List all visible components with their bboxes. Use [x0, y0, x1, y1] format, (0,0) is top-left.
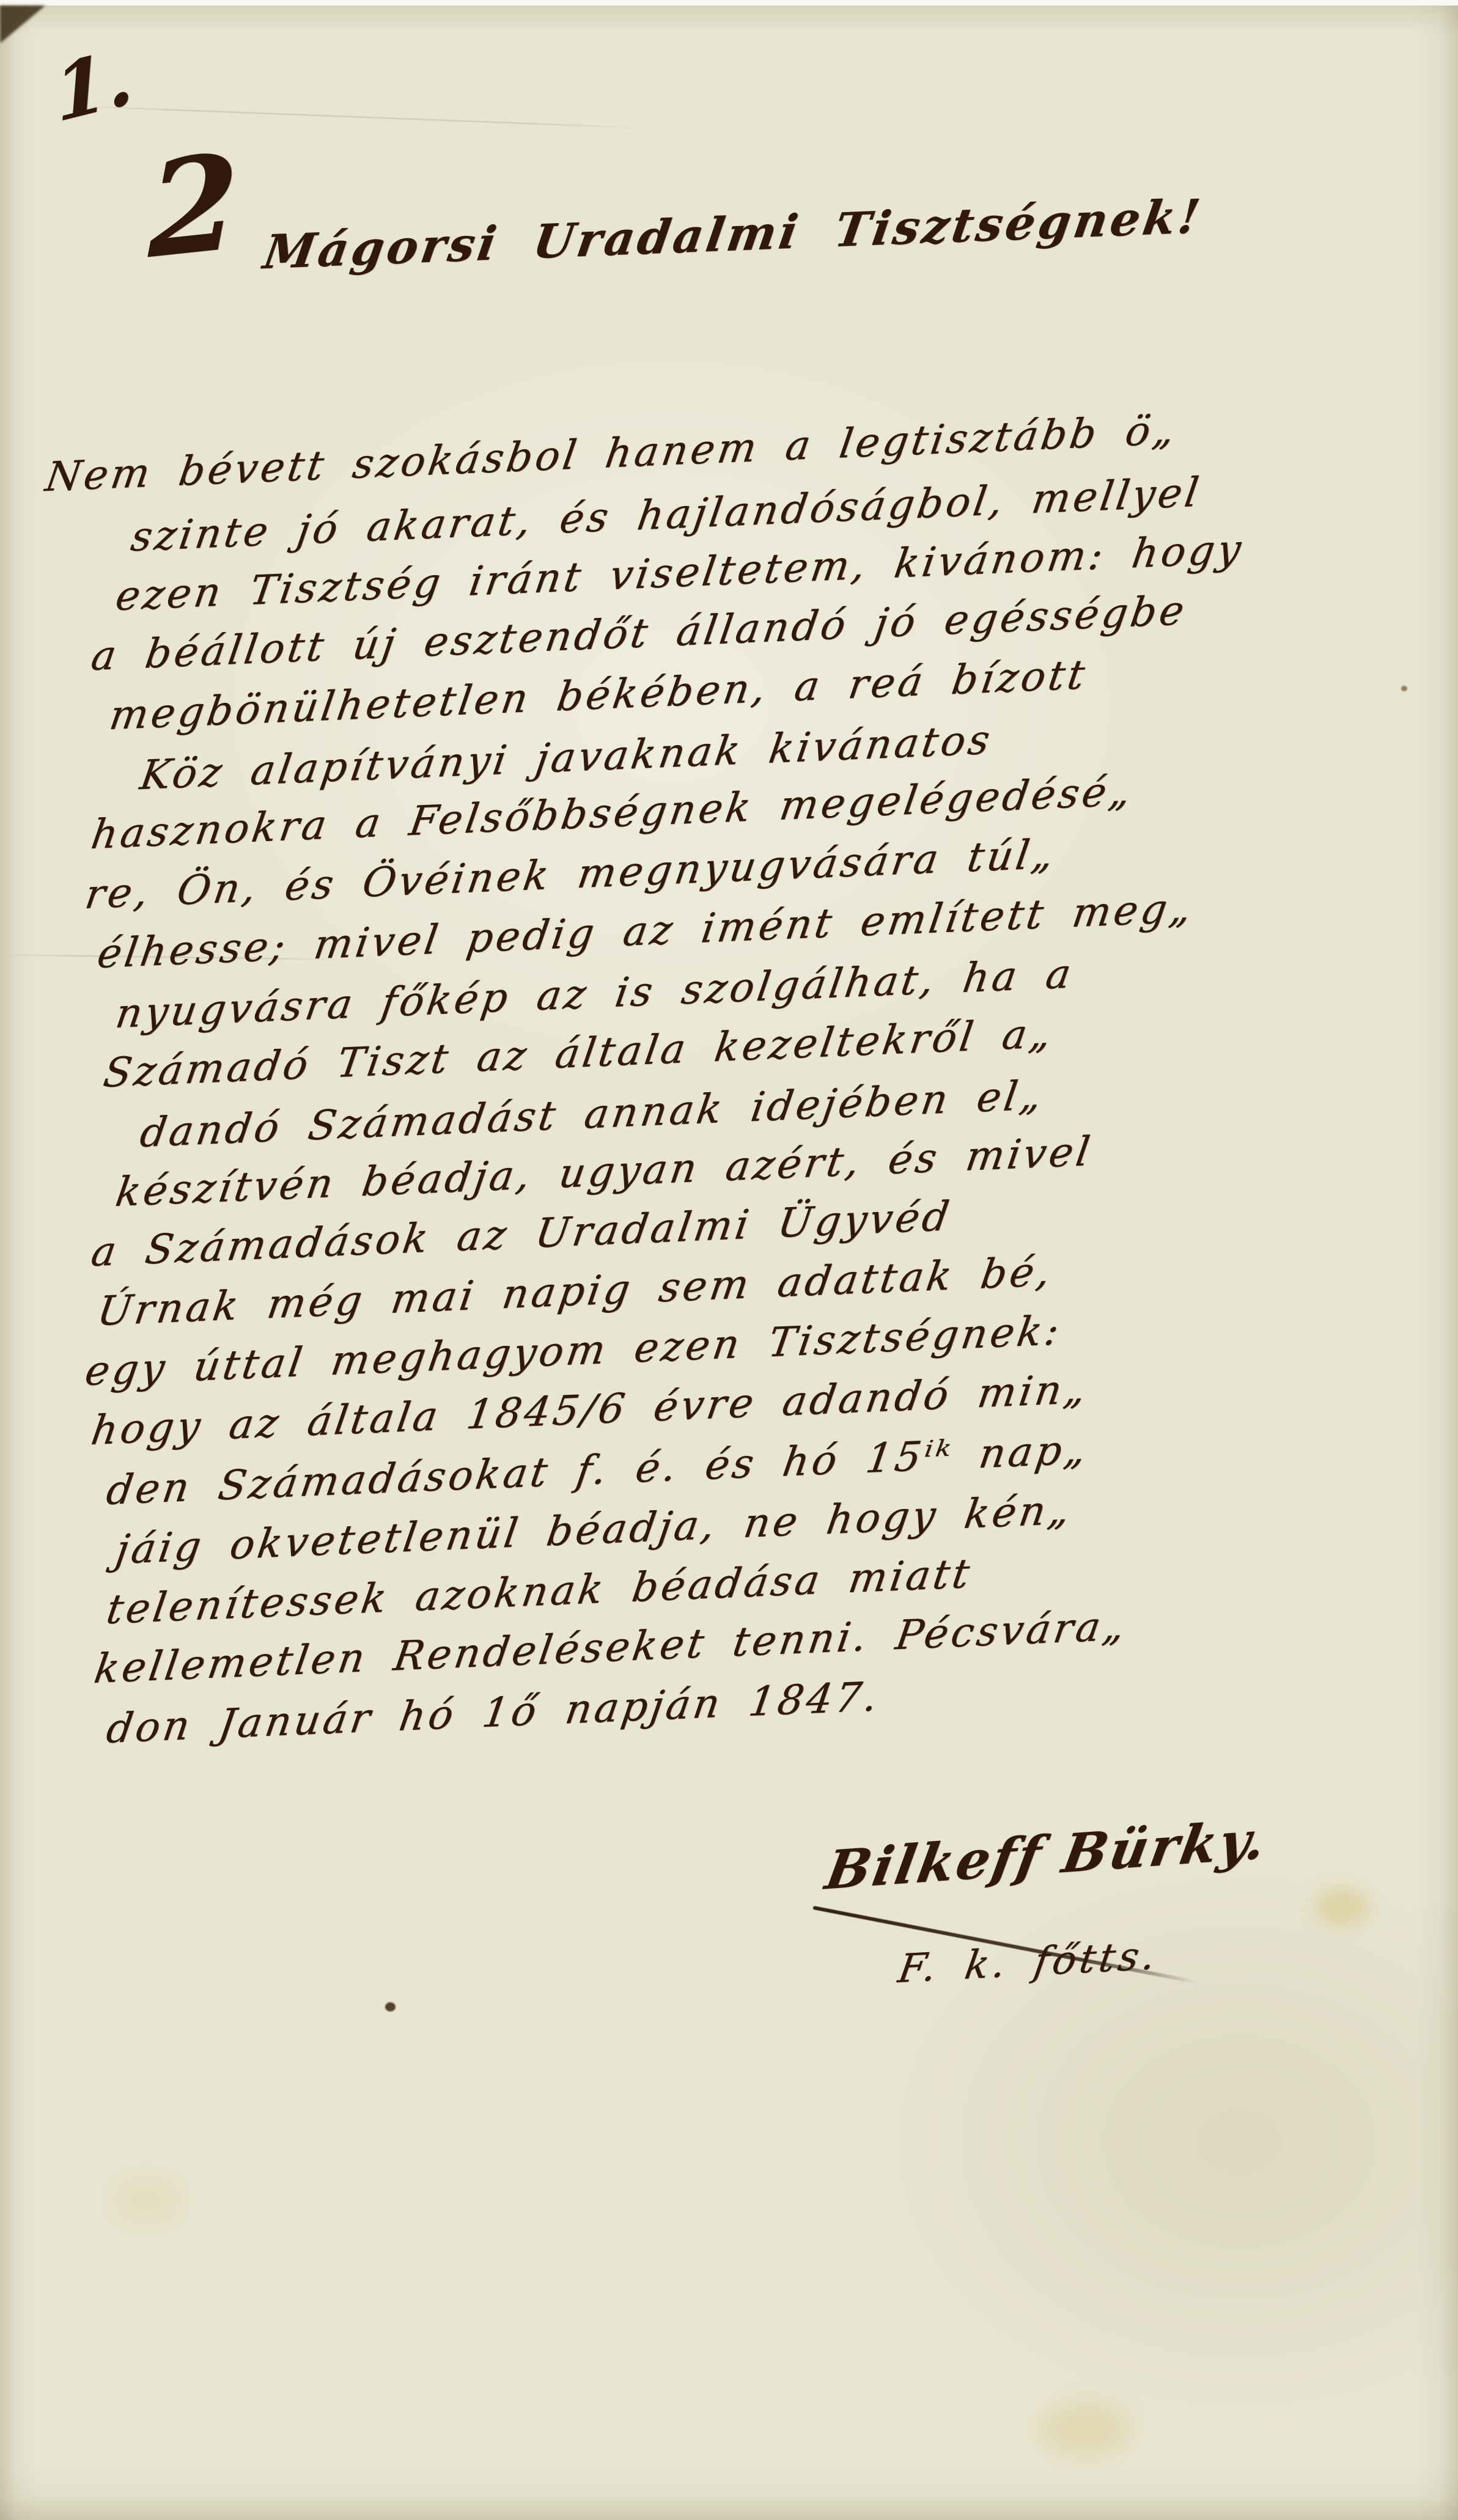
paper-stain	[1401, 686, 1407, 691]
letter-heading: Mágorsi Uradalmi Tisztségnek!	[260, 189, 1206, 280]
manuscript-letter-scan: 1. 2 Mágorsi Uradalmi Tisztségnek! Nem b…	[0, 0, 1458, 2520]
paper-stain	[1314, 1889, 1369, 1925]
paper-crease	[58, 105, 644, 129]
ink-stain	[385, 2002, 396, 2011]
signature-title: F. k. főtts.	[895, 1933, 1162, 1992]
paper-stain	[110, 2176, 183, 2225]
folio-number: 2	[148, 125, 238, 288]
scanner-edge	[0, 0, 1458, 6]
letter-body: Nem bévett szokásbol hanem a legtisztább…	[46, 454, 1293, 1835]
archive-number: 1.	[50, 32, 136, 140]
paper-stain	[1039, 2402, 1131, 2457]
page-corner-shadow	[0, 6, 45, 43]
